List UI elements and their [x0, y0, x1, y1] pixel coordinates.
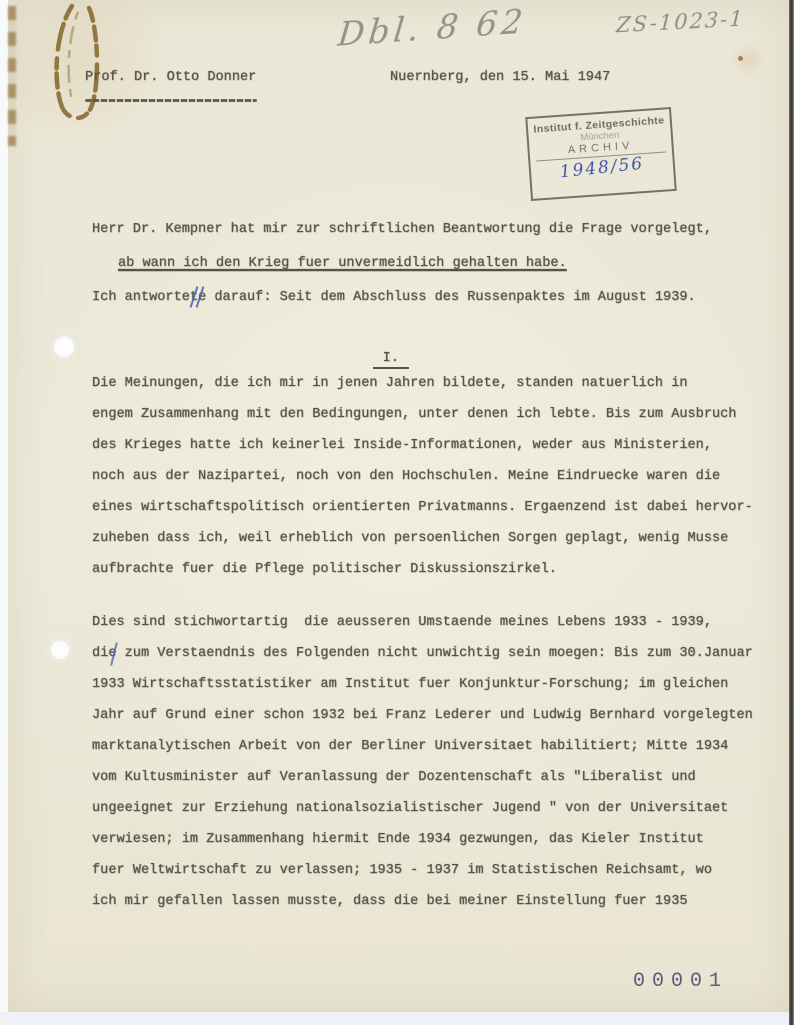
- punch-hole-top: [52, 335, 76, 359]
- author-name: Prof. Dr. Otto Donner: [85, 70, 256, 85]
- text-line: Dies sind stichwortartig die aeusseren U…: [92, 615, 753, 646]
- paperclip-rust-mark: [42, 2, 114, 130]
- text-line: verwiesen; im Zusammenhang hiermit Ende …: [92, 832, 753, 863]
- author-underline: [85, 99, 257, 102]
- paper-speck: [738, 56, 743, 61]
- page-number-stamp: 00001: [633, 970, 728, 993]
- text-line: Jahr auf Grund einer schon 1932 bei Fran…: [92, 708, 753, 739]
- scan-left-edge: [0, 0, 8, 1012]
- answer-prefix: Ich antworte: [92, 290, 190, 305]
- paragraph-opinions: Die Meinungen, die ich mir in jenen Jahr…: [92, 376, 753, 593]
- document-scan: Dbl. 8 62 ZS-1023-1 Prof. Dr. Otto Donne…: [0, 0, 794, 1025]
- text-line: vom Kultusminister auf Veranlassung der …: [92, 770, 753, 801]
- text-line: zuheben dass ich, weil erheblich von per…: [92, 531, 753, 562]
- scan-right-edge: [789, 0, 794, 1025]
- answer-line: Ich antwortete darauf: Seit dem Abschlus…: [92, 290, 696, 305]
- text-line: Die Meinungen, die ich mir in jenen Jahr…: [92, 376, 753, 407]
- punch-hole-bottom: [49, 639, 71, 661]
- text-line: marktanalytischen Arbeit von der Berline…: [92, 739, 753, 770]
- text-line: eines wirtschaftspolitisch orientierten …: [92, 500, 753, 531]
- text-line: des Krieges hatte ich keinerlei Inside-I…: [92, 438, 753, 469]
- question-line: ab wann ich den Krieg fuer unvermeidlich…: [118, 256, 567, 271]
- intro-line: Herr Dr. Kempner hat mir zur schriftlich…: [92, 222, 712, 237]
- dateline: Nuernberg, den 15. Mai 1947: [390, 70, 610, 85]
- pen-struck-letters: te: [190, 290, 206, 305]
- answer-rest: darauf: Seit dem Abschluss des Russenpak…: [206, 290, 695, 305]
- rust-stain-left-edge: [8, 6, 16, 146]
- section-heading-label: I.: [373, 351, 409, 369]
- archive-stamp: Institut f. Zeitgeschichte München ARCHI…: [525, 107, 677, 201]
- text-line: noch aus der Nazipartei, noch von den Ho…: [92, 469, 753, 500]
- paragraph-biography: Dies sind stichwortartig die aeusseren U…: [92, 615, 753, 925]
- text-line: 1933 Wirtschaftsstatistiker am Institut …: [92, 677, 753, 708]
- text-line: engem Zusammenhang mit den Bedingungen, …: [92, 407, 753, 438]
- text-line: ungeeignet zur Erziehung nationalsoziali…: [92, 801, 753, 832]
- text-line: die zum Verstaendnis des Folgenden nicht…: [92, 646, 753, 677]
- text-line: ich mir gefallen lassen musste, dass die…: [92, 894, 753, 925]
- scan-bottom-edge: [0, 1012, 789, 1025]
- text-line: aufbrachte fuer die Pflege politischer D…: [92, 562, 753, 593]
- text-line: fuer Weltwirtschaft zu verlassen; 1935 -…: [92, 863, 753, 894]
